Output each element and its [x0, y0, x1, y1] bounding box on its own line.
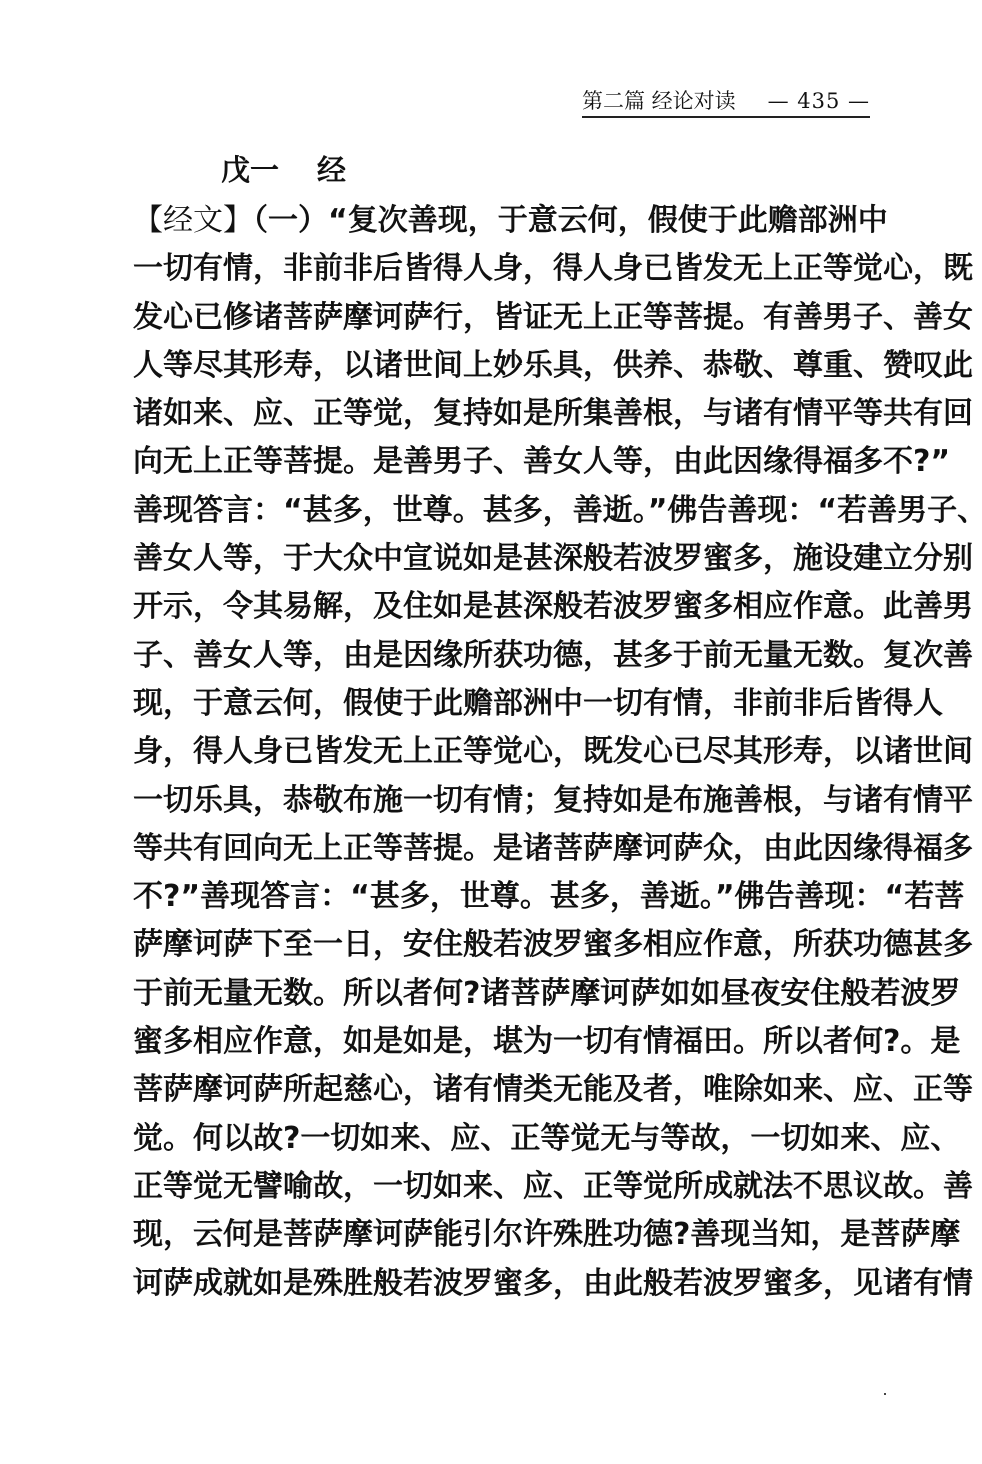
text-line: 等共有回向无上正等菩提。是诸菩萨摩诃萨众，由此因缘得福多	[133, 825, 873, 873]
text-line: 诸如来、应、正等觉，复持如是所集善根，与诸有情平等共有回	[133, 390, 873, 438]
scan-speck	[884, 1393, 886, 1395]
text-line: 善现答言：“甚多，世尊。甚多，善逝。”佛告善现：“若善男子、	[133, 487, 873, 535]
text-line: 一切有情，非前非后皆得人身，得人身已皆发无上正等觉心，既	[133, 245, 873, 293]
text-line: 一切乐具，恭敬布施一切有情；复持如是布施善根，与诸有情平	[133, 777, 873, 825]
text-line: 子、善女人等，由是因缘所获功德，甚多于前无量无数。复次善	[133, 632, 873, 680]
text-line: 发心已修诸菩萨摩诃萨行，皆证无上正等菩提。有善男子、善女	[133, 294, 873, 342]
sutra-text: 【经文】（一）“复次善现，于意云何，假使于此赡部洲中 一切有情，非前非后皆得人身…	[133, 197, 873, 1308]
text-line: 萨摩诃萨下至一日，安住般若波罗蜜多相应作意，所获功德甚多	[133, 921, 873, 969]
section-heading-number: 戊一	[221, 153, 279, 187]
text-line: 向无上正等菩提。是善男子、善女人等，由此因缘得福多不?”	[133, 438, 873, 486]
text-line: 【经文】（一）“复次善现，于意云何，假使于此赡部洲中	[133, 197, 873, 245]
text-line: 现，云何是菩萨摩诃萨能引尔许殊胜功德?善现当知，是菩萨摩	[133, 1211, 873, 1259]
text-line: 菩萨摩诃萨所起慈心，诸有情类无能及者，唯除如来、应、正等	[133, 1066, 873, 1114]
text-line: 正等觉无譬喻故，一切如来、应、正等觉所成就法不思议故。善	[133, 1163, 873, 1211]
text-line: 觉。何以故?一切如来、应、正等觉无与等故，一切如来、应、	[133, 1115, 873, 1163]
running-title: 第二篇 经论对读	[582, 86, 736, 116]
text-line: 善女人等，于大众中宣说如是甚深般若波罗蜜多，施设建立分别	[133, 535, 873, 583]
text-line: 不?”善现答言：“甚多，世尊。甚多，善逝。”佛告善现：“若菩	[133, 873, 873, 921]
text-line: 诃萨成就如是殊胜般若波罗蜜多，由此般若波罗蜜多，见诸有情	[133, 1260, 873, 1308]
text-line: 身，得人身已皆发无上正等觉心，既发心已尽其形寿，以诸世间	[133, 728, 873, 776]
text-line: 人等尽其形寿，以诸世间上妙乐具，供养、恭敬、尊重、赞叹此	[133, 342, 873, 390]
section-heading: 戊一经	[221, 150, 346, 190]
running-header: 第二篇 经论对读 — 435 —	[582, 86, 870, 118]
text-line: 开示，令其易解，及住如是甚深般若波罗蜜多相应作意。此善男	[133, 583, 873, 631]
text-line: 蜜多相应作意，如是如是，堪为一切有情福田。所以者何?。是	[133, 1018, 873, 1066]
section-heading-text: 经	[317, 153, 346, 187]
text-line: 于前无量无数。所以者何?诸菩萨摩诃萨如如昼夜安住般若波罗	[133, 970, 873, 1018]
text-line: 现，于意云何，假使于此赡部洲中一切有情，非前非后皆得人	[133, 680, 873, 728]
page-number: — 435 —	[768, 86, 870, 116]
sutra-label: 【经文】	[133, 203, 253, 238]
